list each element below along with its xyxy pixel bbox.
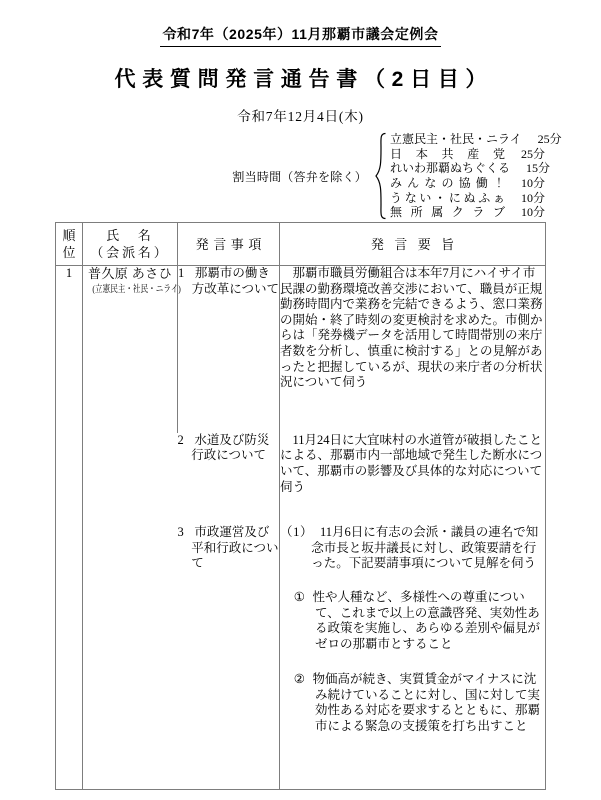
summary-cell: 那覇市職員労働組合は本年7月にハイサイ市民課の勤務環境改善交渉において、職員が正… bbox=[280, 266, 546, 433]
item-text: 11月6日に有志の会派・議員の連名で知念市長と坂井議長に対し、政策要請を行った。… bbox=[311, 525, 538, 570]
party-name: 無所属クラブ bbox=[390, 205, 505, 220]
allocation-row: れいわ那覇ぬちぐくる 15分 bbox=[390, 161, 545, 176]
topic-cell bbox=[178, 672, 280, 789]
topic-number: 1 bbox=[178, 266, 184, 280]
party-name: 日本共産党 bbox=[390, 147, 505, 162]
topic-text: 水道及び防災行政について bbox=[191, 433, 269, 463]
column-header-rank: 順位 bbox=[56, 223, 83, 266]
document-date: 令和7年12月4日(木) bbox=[0, 105, 601, 125]
topic-cell bbox=[178, 590, 280, 672]
notice-table-header: 順位 氏 名 （会派名） 発言事項 発言要旨 bbox=[56, 223, 546, 266]
summary-subitem: ①性や人種など、多様性への尊重について、これまで以上の意識啓発、実効性ある政策を… bbox=[294, 590, 545, 652]
circled-number-icon: ① bbox=[294, 590, 305, 604]
item-marker: （1） bbox=[280, 525, 313, 539]
allocated-minutes: 10分 bbox=[511, 205, 545, 220]
allocated-minutes: 25分 bbox=[511, 147, 545, 162]
circled-number-icon: ② bbox=[294, 672, 305, 686]
topic-number: 2 bbox=[178, 433, 184, 447]
summary-subitem: ②物価高が続き、実質賃金がマイナスに沈み続けていることに対し、国に対して実効性あ… bbox=[294, 672, 545, 734]
allocation-row: 立憲民主・社民・ニライ 25分 bbox=[390, 132, 545, 147]
notice-table-body: 1 普久原 あさひ (立憲民主・社民・ニライ) 1那覇市の働き方改革について 那… bbox=[56, 266, 546, 790]
notice-table: 順位 氏 名 （会派名） 発言事項 発言要旨 1 普久原 あさひ (立憲民主・社… bbox=[55, 222, 546, 790]
document-header: 令和7年（2025年）11月那覇市議会定例会 代表質問発言通告書（2日目） 令和… bbox=[0, 24, 601, 125]
summary-paragraph: 11月24日に大宜味村の水道管が破損したことによる、那覇市内一部地域で発生した断… bbox=[280, 433, 545, 495]
left-brace-icon bbox=[374, 132, 387, 220]
allocated-minutes: 15分 bbox=[516, 161, 550, 176]
name-cell: 普久原 あさひ (立憲民主・社民・ニライ) bbox=[83, 266, 178, 790]
allocation-row: みんなの協働！ 10分 bbox=[390, 176, 545, 191]
table-row: 1 普久原 あさひ (立憲民主・社民・ニライ) 1那覇市の働き方改革について 那… bbox=[56, 266, 546, 433]
allocation-row: うない・にぬふぁ 10分 bbox=[390, 191, 545, 206]
topic-cell: 3市政運営及び平和行政について bbox=[178, 525, 280, 590]
summary-cell: ①性や人種など、多様性への尊重について、これまで以上の意識啓発、実効性ある政策を… bbox=[280, 590, 546, 672]
rank-cell: 1 bbox=[56, 266, 83, 790]
topic-item: 1那覇市の働き方改革について bbox=[178, 266, 279, 297]
allocation-row: 無所属クラブ 10分 bbox=[390, 205, 545, 220]
topic-cell: 1那覇市の働き方改革について bbox=[178, 266, 280, 433]
column-header-summary: 発言要旨 bbox=[280, 223, 546, 266]
time-allocation-label: 割当時間（答弁を除く） bbox=[232, 168, 367, 185]
meeting-title: 令和7年（2025年）11月那覇市議会定例会 bbox=[160, 24, 440, 47]
summary-cell: （1）11月6日に有志の会派・議員の連名で知念市長と坂井議長に対し、政策要請を行… bbox=[280, 525, 546, 590]
time-allocation-block: 割当時間（答弁を除く） 立憲民主・社民・ニライ 25分 日本共産党 25分 れい… bbox=[0, 132, 545, 220]
member-name: 普久原 あさひ bbox=[83, 266, 177, 282]
document-page: 令和7年（2025年）11月那覇市議会定例会 代表質問発言通告書（2日目） 令和… bbox=[0, 0, 601, 800]
topic-number: 3 bbox=[178, 525, 184, 539]
subitem-text: 性や人種など、多様性への尊重について、これまで以上の意識啓発、実効性ある政策を実… bbox=[312, 590, 540, 651]
topic-item: 2水道及び防災行政について bbox=[178, 433, 280, 464]
party-name: うない・にぬふぁ bbox=[390, 191, 505, 206]
allocated-minutes: 10分 bbox=[511, 176, 545, 191]
header-row: 順位 氏 名 （会派名） 発言事項 発言要旨 bbox=[56, 223, 546, 266]
summary-cell: ②物価高が続き、実質賃金がマイナスに沈み続けていることに対し、国に対して実効性あ… bbox=[280, 672, 546, 789]
topic-cell: 2水道及び防災行政について bbox=[178, 433, 280, 525]
party-name: れいわ那覇ぬちぐくる bbox=[390, 161, 510, 176]
allocated-minutes: 10分 bbox=[511, 191, 545, 206]
topic-text: 市政運営及び平和行政について bbox=[191, 525, 278, 570]
topic-text: 那覇市の働き方改革について bbox=[192, 266, 279, 296]
topic-item: 3市政運営及び平和行政について bbox=[178, 525, 280, 572]
column-header-topics: 発言事項 bbox=[178, 223, 280, 266]
document-title: 代表質問発言通告書（2日目） bbox=[0, 63, 601, 93]
subitem-text: 物価高が続き、実質賃金がマイナスに沈み続けていることに対し、国に対して実効性ある… bbox=[312, 672, 540, 733]
party-name: 立憲民主・社民・ニライ bbox=[390, 132, 522, 147]
time-allocation-list: 立憲民主・社民・ニライ 25分 日本共産党 25分 れいわ那覇ぬちぐくる 15分… bbox=[390, 132, 545, 220]
allocation-row: 日本共産党 25分 bbox=[390, 147, 545, 162]
member-faction: (立憲民主・社民・ニライ) bbox=[92, 283, 167, 299]
summary-paragraph: 那覇市職員労働組合は本年7月にハイサイ市民課の勤務環境改善交渉において、職員が正… bbox=[280, 266, 545, 391]
party-name: みんなの協働！ bbox=[390, 176, 505, 191]
allocated-minutes: 25分 bbox=[528, 132, 562, 147]
summary-numbered-paragraph: （1）11月6日に有志の会派・議員の連名で知念市長と坂井議長に対し、政策要請を行… bbox=[280, 525, 545, 572]
summary-cell: 11月24日に大宜味村の水道管が破損したことによる、那覇市内一部地域で発生した断… bbox=[280, 433, 546, 525]
column-header-name: 氏 名 （会派名） bbox=[83, 223, 178, 266]
